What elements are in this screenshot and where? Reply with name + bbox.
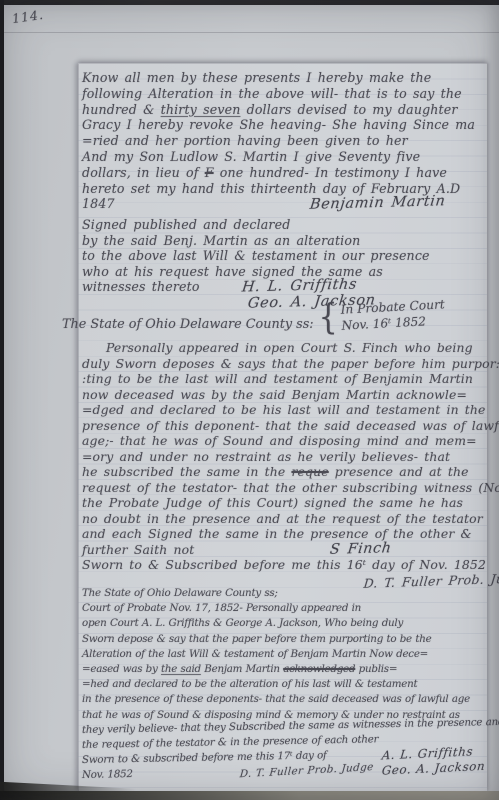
text-line: presence of this deponent- that the said… — [82, 418, 499, 434]
text-run: further Saith not — [82, 542, 194, 557]
text-run: publis= — [355, 663, 397, 675]
text-run: following Alteration in the above will- … — [82, 86, 462, 101]
text-line: following Alteration in the above will- … — [82, 86, 475, 102]
text-run: Nov. 1852 — [82, 768, 133, 781]
text-line: to the above last Will & testament in ou… — [82, 248, 430, 264]
text-line: who at his request have signed the same … — [82, 264, 430, 280]
text-line: in the presence of these deponents- that… — [82, 692, 499, 707]
text-run: Alteration of the last Will & testament … — [82, 648, 428, 660]
text-line: and each Signed the same in the presence… — [82, 526, 499, 542]
text-line: no doubt in the presence and at the requ… — [82, 511, 499, 527]
text-line: =hed and declared to be the alteration o… — [82, 677, 499, 692]
text-line: witnesses theretoH. L. Griffiths — [82, 279, 430, 295]
text-run: :ting to be the last will and testament … — [82, 371, 473, 386]
text-run: acknowledged — [283, 663, 355, 675]
text-run: no doubt in the presence and at the requ… — [82, 511, 483, 526]
brace-glyph: { — [319, 299, 338, 337]
text-run: one hundred- In testimony I have — [214, 165, 447, 180]
text-line: =ried and her portion having been given … — [82, 133, 475, 149]
venue-line: The State of Ohio Delaware County ss: — [62, 317, 314, 333]
text-line: open Court A. L. Griffiths & George A. J… — [82, 616, 499, 631]
text-line: And my Son Ludlow S. Martin I give Seven… — [82, 149, 475, 165]
photo-edge-top — [0, 0, 499, 5]
text-run: The State of Ohio Delaware County ss; — [82, 587, 278, 599]
text-run: =dged and declared to be his last will a… — [82, 402, 486, 417]
text-line: Gracy I hereby revoke She heaving- She h… — [82, 117, 475, 133]
text-run: in the presence of these deponents- that… — [82, 693, 470, 705]
text-line: =ory and under no restraint as he verily… — [82, 449, 499, 465]
text-line: =dged and declared to be his last will a… — [82, 402, 499, 418]
text-run: Gracy I hereby revoke She heaving- She h… — [82, 117, 475, 132]
text-run: Sworn depose & say that the paper before… — [82, 633, 431, 645]
text-line: Personally appeared in open Court S. Fin… — [82, 340, 499, 356]
court-date-stack: In Probate Court Nov. 16ᵗ 1852 — [340, 296, 446, 333]
text-run: witnesses thereto — [82, 279, 200, 294]
text-run: dollars, in lieu of — [82, 165, 205, 180]
scanned-record-photo: 114. Know all men by these presents I he… — [0, 0, 499, 800]
text-line: he subscribed the same in the reque pres… — [82, 464, 499, 480]
text-line: further Saith notS Finch — [82, 542, 499, 558]
text-run: the Probate Judge of this Court) signed … — [82, 495, 463, 510]
text-line: :ting to be the last will and testament … — [82, 371, 499, 387]
text-run: and each Signed the same in the presence… — [82, 526, 472, 541]
photo-edge-left — [0, 0, 4, 800]
text-run: Know all men by these presents I hereby … — [82, 70, 431, 85]
text-line: now deceased was by the said Benjam Mart… — [82, 387, 499, 403]
text-run: Benjam Martin — [201, 663, 283, 675]
text-line: age;- that he was of Sound and disposing… — [82, 433, 499, 449]
text-line: Sworn depose & say that the paper before… — [82, 632, 499, 647]
signature: Geo. A. Jackson — [381, 759, 486, 779]
photo-edge-bottom — [0, 791, 499, 800]
text-run: F — [205, 165, 214, 180]
text-line: dollars, in lieu of F one hundred- In te… — [82, 165, 475, 181]
signature: D. T. Fuller Prob. Judge — [239, 760, 374, 782]
text-run: age;- that he was of Sound and disposing… — [82, 433, 477, 448]
text-line: hundred & thirty seven dollars devised t… — [82, 102, 475, 118]
probate-nov17: The State of Ohio Delaware County ss;Cou… — [82, 586, 499, 783]
text-line: duly Sworn deposes & says that the paper… — [82, 356, 499, 372]
text-run: Personally appeared in open Court S. Fin… — [106, 340, 473, 355]
text-run: presence and at the — [329, 464, 469, 479]
text-line: Sworn to & Subscribed before me this 16ᵗ… — [82, 557, 499, 573]
text-run: =eased was by — [82, 663, 161, 675]
text-run: =ory and under no restraint as he verily… — [82, 449, 450, 464]
text-run: thirty seven — [161, 102, 241, 117]
text-line: Alteration of the last Will & testament … — [82, 647, 499, 662]
text-line: The State of Ohio Delaware County ss; — [82, 586, 499, 601]
text-line: Know all men by these presents I hereby … — [82, 70, 475, 86]
signature: Benjamin Martin — [309, 195, 446, 214]
text-run: Court of Probate Nov. 17, 1852- Personal… — [82, 602, 361, 614]
text-line: Signed published and declared — [82, 217, 430, 233]
text-run: dollars devised to my daughter — [240, 102, 457, 117]
text-run: Signed published and declared — [82, 217, 290, 232]
text-line: request of the testator- that the other … — [82, 480, 499, 496]
probate-nov16: Personally appeared in open Court S. Fin… — [82, 340, 499, 588]
text-run: to the above last Will & testament in ou… — [82, 248, 430, 263]
text-line: =eased was by the said Benjam Martin ack… — [82, 662, 499, 677]
text-run: presence of this deponent- that the said… — [82, 418, 499, 433]
text-run: And my Son Ludlow S. Martin I give Seven… — [82, 149, 420, 164]
text-run: =ried and her portion having been given … — [82, 133, 408, 148]
text-line: Court of Probate Nov. 17, 1852- Personal… — [82, 601, 499, 616]
text-run: duly Sworn deposes & says that the paper… — [82, 356, 499, 371]
text-run: he subscribed the same in the — [82, 464, 291, 479]
text-run: Sworn to & Subscribed before me this 16ᵗ… — [82, 557, 486, 572]
text-run: =hed and declared to be the alteration o… — [82, 678, 417, 690]
text-run: by the said Benj. Martin as an alteratio… — [82, 233, 360, 248]
text-run: open Court A. L. Griffiths & George A. J… — [82, 617, 403, 629]
text-line: the Probate Judge of this Court) signed … — [82, 495, 499, 511]
probate-caption: The State of Ohio Delaware County ss: { … — [62, 299, 445, 334]
text-run: 1847 — [82, 196, 115, 211]
attestation: Signed published and declaredby the said… — [82, 217, 430, 311]
text-run: now deceased was by the said Benjam Mart… — [82, 387, 467, 402]
signature: S Finch — [329, 541, 392, 558]
text-line: by the said Benj. Martin as an alteratio… — [82, 233, 430, 249]
text-run: hundred & — [82, 102, 161, 117]
text-run: reque — [291, 464, 328, 479]
alteration-clause: Know all men by these presents I hereby … — [82, 70, 475, 212]
text-run: request of the testator- that the other … — [82, 480, 499, 495]
text-run: the said — [161, 663, 201, 675]
page-crease — [4, 32, 499, 33]
text-line: 1847Benjamin Martin — [82, 196, 475, 212]
